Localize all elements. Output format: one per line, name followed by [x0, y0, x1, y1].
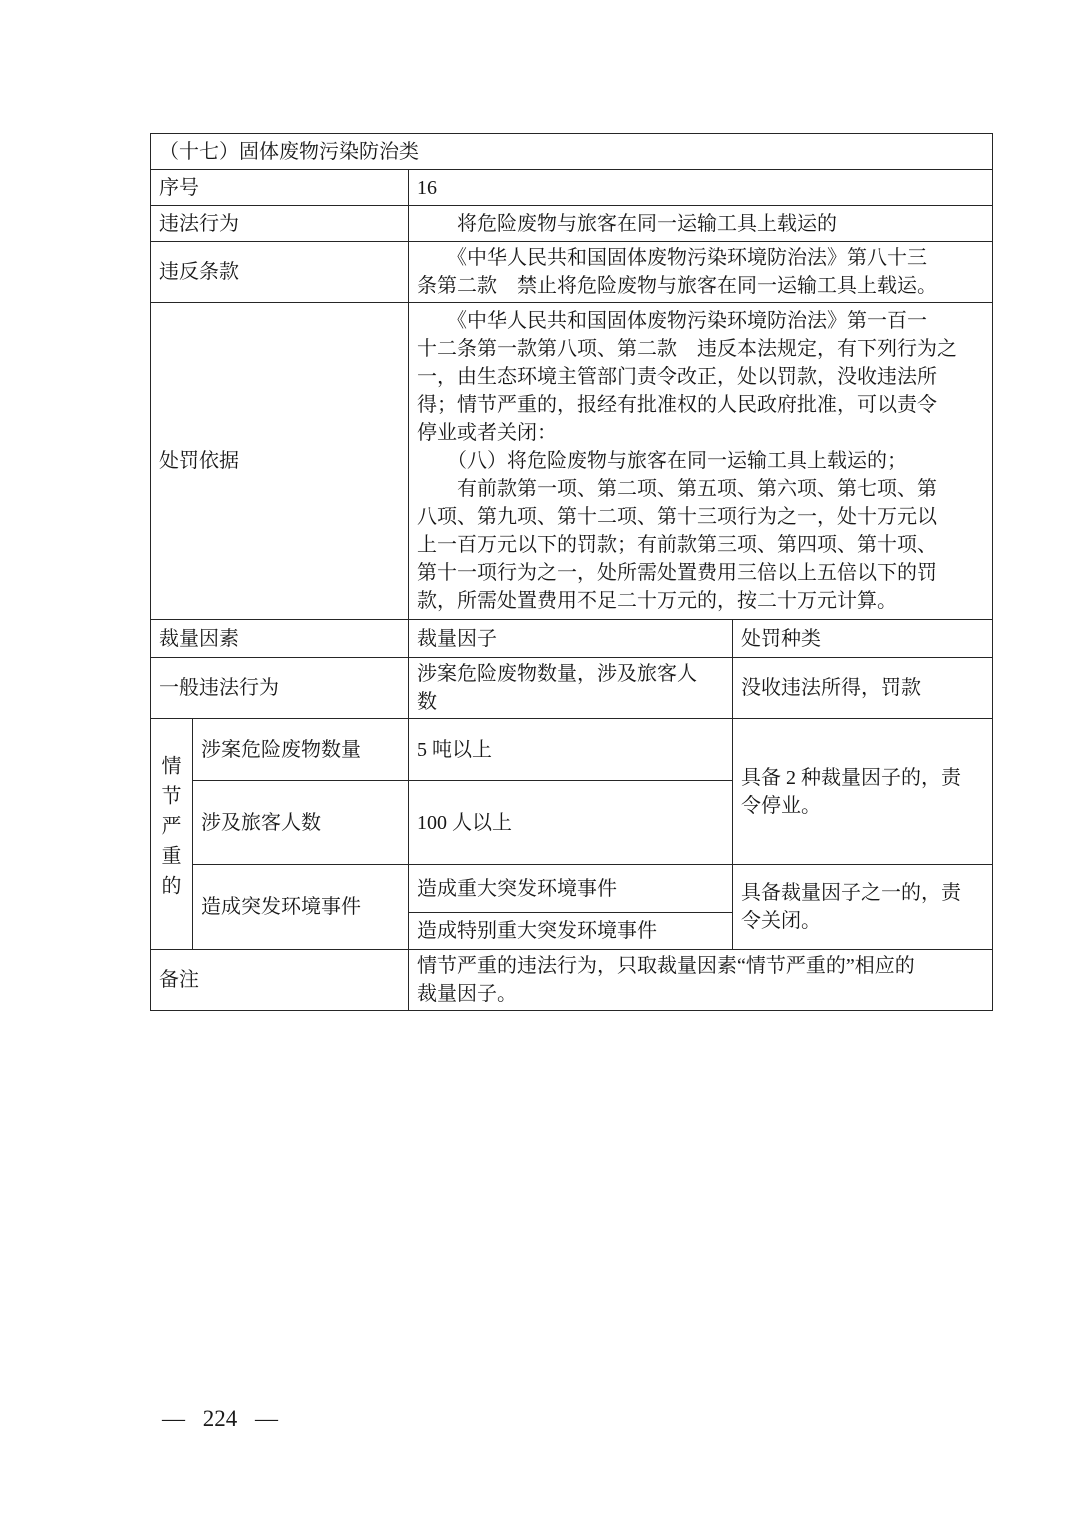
violated-clause-value: 《中华人民共和国固体废物污染环境防治法》第八十三 条第二款 禁止将危险废物与旅客… — [409, 242, 993, 303]
penalty-discretion-table: （十七）固体废物污染防治类 序号 16 违法行为 将危险废物与旅客在同一运输工具… — [150, 133, 993, 1011]
serious-penalty-suspend: 具备 2 种裁量因子的，责 令停业。 — [733, 719, 993, 865]
violated-clause-label: 违反条款 — [151, 242, 409, 303]
serious-factor-event-major: 造成重大突发环境事件 — [409, 865, 733, 913]
general-violation-penalty: 没收违法所得，罚款 — [733, 658, 993, 719]
serious-factor-waste-name: 涉案危险废物数量 — [193, 719, 409, 781]
illegal-act-label: 违法行为 — [151, 206, 409, 242]
general-violation-label: 一般违法行为 — [151, 658, 409, 719]
serious-factor-passengers-name: 涉及旅客人数 — [193, 781, 409, 865]
note-value: 情节严重的违法行为，只取裁量因素“情节严重的”相应的 裁量因子。 — [409, 950, 993, 1011]
penalty-basis-label: 处罚依据 — [151, 303, 409, 620]
serious-group-label: 情节严重的 — [159, 755, 179, 905]
serious-factor-event-extreme: 造成特别重大突发环境事件 — [409, 913, 733, 950]
serial-number-value: 16 — [409, 170, 993, 206]
serial-number-label: 序号 — [151, 170, 409, 206]
penalty-type-header: 处罚种类 — [733, 620, 993, 658]
discretion-subfactor-header: 裁量因子 — [409, 620, 733, 658]
serious-factor-passengers-level: 100 人以上 — [409, 781, 733, 865]
penalty-basis-value: 《中华人民共和国固体废物污染环境防治法》第一百一 十二条第一款第八项、第二款 违… — [409, 303, 993, 620]
serious-factor-event-name: 造成突发环境事件 — [193, 865, 409, 950]
category-header: （十七）固体废物污染防治类 — [151, 134, 993, 170]
note-label: 备注 — [151, 950, 409, 1011]
discretion-factor-header: 裁量因素 — [151, 620, 409, 658]
illegal-act-value: 将危险废物与旅客在同一运输工具上载运的 — [409, 206, 993, 242]
serious-group-label-cell: 情节严重的 — [151, 719, 193, 950]
serious-factor-waste-level: 5 吨以上 — [409, 719, 733, 781]
page-number: — 224 — — [162, 1406, 278, 1432]
general-violation-factor: 涉案危险废物数量，涉及旅客人 数 — [409, 658, 733, 719]
serious-penalty-close: 具备裁量因子之一的，责 令关闭。 — [733, 865, 993, 950]
